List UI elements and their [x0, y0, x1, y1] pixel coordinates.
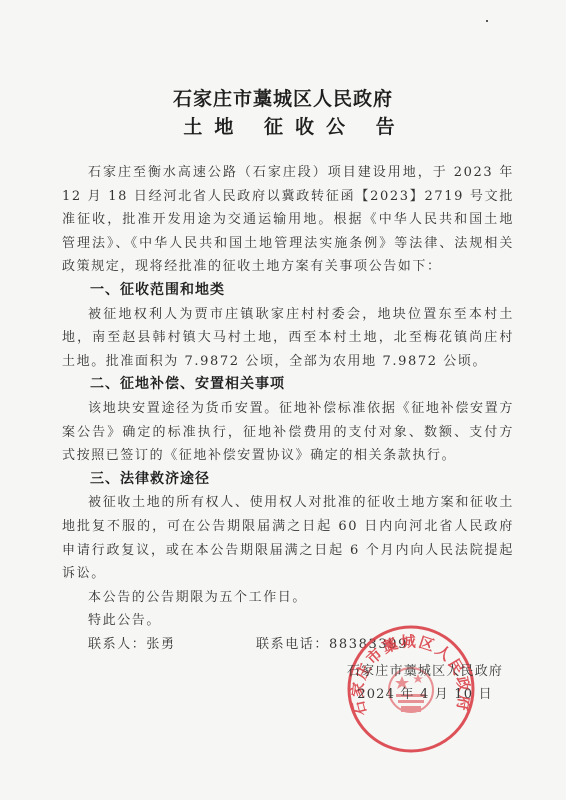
issue-date: 2024 年 4 月 10 日	[340, 683, 510, 706]
section-heading-legal-remedy: 三、法律救济途径	[62, 468, 514, 492]
section-paragraph-compensation: 该地块安置途径为货币安置。征地补偿标准依据《征地补偿安置方案公告》确定的标准执行…	[62, 397, 514, 468]
intro-paragraph: 石家庄至衡水高速公路（石家庄段）项目建设用地，于 2023 年 12 月 18 …	[62, 161, 514, 279]
section-heading-compensation: 二、征地补偿、安置相关事项	[62, 373, 514, 397]
issuer-name: 石家庄市藁城区人民政府	[340, 660, 510, 683]
signature-block: 石家庄市藁城区人民政府 2024 年 4 月 10 日	[340, 660, 510, 706]
document-page: 石家庄市藁城区人民政府 土地 征收公 告 石家庄至衡水高速公路（石家庄段）项目建…	[0, 0, 566, 800]
section-heading-scope: 一、征收范围和地类	[62, 279, 514, 303]
scan-speck	[486, 20, 488, 22]
section-paragraph-scope: 被征地权利人为贾市庄镇耿家庄村村委会，地块位置东至本村土地，南至赵县韩村镇大马村…	[62, 303, 514, 374]
section-paragraph-legal-remedy: 被征收土地的所有权人、使用权人对批准的征收土地方案和征收土地批复不服的，可在公告…	[62, 491, 514, 585]
contact-person: 联系人：张勇	[88, 637, 176, 652]
document-title-notice: 土地 征收公 告	[0, 112, 566, 139]
period-notice: 本公告的公告期限为五个工作日。	[62, 586, 514, 610]
document-body: 石家庄至衡水高速公路（石家庄段）项目建设用地，于 2023 年 12 月 18 …	[62, 161, 514, 656]
document-title-issuer: 石家庄市藁城区人民政府	[0, 84, 566, 111]
